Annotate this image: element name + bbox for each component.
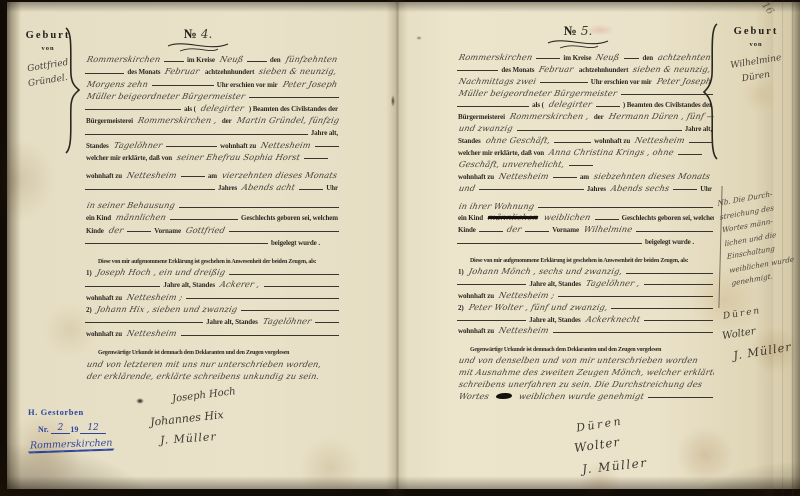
printed-form-text: Kinde <box>456 226 478 234</box>
form-line: als (delegirter) Beamten des Civilstande… <box>456 98 714 110</box>
printed-form-text: wohnhaft zu <box>84 294 124 302</box>
printed-form-text: als ( <box>182 105 198 113</box>
form-line: KindederVornameGottfried <box>84 222 340 234</box>
printed-form-text: den <box>640 54 655 62</box>
blank-rule <box>689 142 713 143</box>
blank-rule <box>457 106 529 107</box>
printed-form-text: Uhr <box>324 184 340 192</box>
form-line: Jahre alt, StandesTagelöhner , <box>456 276 714 288</box>
form-line: welcher mir erklärte, daß vonAnna Christ… <box>456 145 714 157</box>
handwritten-entry: Johann Hix , sieben und zwanzig <box>93 304 241 314</box>
number-value: 4. <box>198 27 212 41</box>
stamp-title: H. Gestorben <box>28 407 114 417</box>
handwritten-entry: Rommerskirchen <box>456 52 536 62</box>
handwritten-entry: Neuß <box>592 52 624 62</box>
blank-rule <box>626 273 713 274</box>
printed-form-text: wohnhaft zu <box>84 172 124 180</box>
printed-form-text: Jahre alt, <box>309 129 340 137</box>
printed-form-text: Vorname <box>152 227 183 235</box>
form-line: welcher mir erklärte, daß vonseiner Ehef… <box>84 150 340 162</box>
printed-form-text: beigelegt wurde . <box>643 238 696 246</box>
handwritten-entry: Wilhelmine <box>580 224 637 234</box>
handwritten-entry: ohne Geschäft, <box>482 135 555 145</box>
handwritten-entry: der <box>105 225 128 235</box>
handwritten-entry: Rommerskirchen <box>84 54 164 64</box>
printed-form-text: im Kreise <box>561 54 593 62</box>
blank-rule <box>85 286 160 287</box>
form-line: Nachmittags zweiUhr erschien vor mirPete… <box>456 74 714 86</box>
struck-out-word: männlichen <box>484 212 542 222</box>
blank-rule <box>569 165 593 166</box>
handwritten-entry: Tagelöhner <box>259 316 315 326</box>
blank-rule <box>517 130 682 131</box>
blank-rule <box>299 189 323 190</box>
blank-rule <box>315 322 339 323</box>
printed-form-text: als ( <box>530 101 546 109</box>
printed-form-text: am <box>206 172 219 180</box>
printed-form-text: Standes <box>456 137 483 145</box>
printed-form-text: achtzehnhundert <box>203 68 256 76</box>
blank-rule <box>611 308 713 309</box>
blank-rule <box>304 158 328 159</box>
blank-rule <box>179 207 339 208</box>
printed-form-text: Jahre alt, Standes <box>161 281 217 289</box>
handwritten-entry: achtzehnten <box>654 52 714 62</box>
handwritten-entry: weiblichen <box>540 212 595 222</box>
stamp-number-row: Nr. 2 19 12 <box>38 423 114 434</box>
blank-rule <box>553 177 577 178</box>
blank-rule <box>554 142 591 143</box>
blank-rule <box>85 322 203 323</box>
right-form-body: Rommerskirchenim KreiseNeußdenachtzehnte… <box>456 50 714 401</box>
printed-form-text: Diese von mir aufgenommene Erklärung ist… <box>96 259 318 265</box>
stamp-year-prefix: 19 <box>70 425 80 434</box>
form-line: 2)Peter Wolter , fünf und zwanzig, <box>456 300 714 312</box>
printed-form-text: Bürgermeisterei <box>84 117 135 125</box>
handwritten-entry: Abends acht <box>238 182 299 192</box>
handwritten-entry: sieben & neunzig, <box>629 64 714 74</box>
form-line: ein KindmännlichenGeschlechts geboren se… <box>84 210 340 222</box>
blank-rule <box>229 274 339 275</box>
number-sign: № <box>184 26 198 41</box>
handwritten-entry: männlichen <box>112 212 170 222</box>
blank-rule <box>538 207 713 208</box>
blank-rule <box>540 82 588 83</box>
form-line: Müller beigeordneter Bürgermeister <box>456 86 714 98</box>
death-reference-stamp: H. Gestorben Nr. 2 19 12 Rommerskirchen <box>28 407 114 452</box>
handwritten-entry: Ackerer , <box>216 279 264 289</box>
form-line: Rommerskirchenim KreiseNeußdenachtzehnte… <box>456 50 714 62</box>
printed-form-text: welcher mir erklärte, daß von <box>84 154 174 162</box>
form-line: Jahre alt, StandesTagelöhner <box>84 314 340 326</box>
form-line: Jahre alt, StandesAckerknecht <box>456 312 714 324</box>
handwritten-entry: der <box>503 224 526 234</box>
handwritten-entry: Neuß <box>216 54 248 64</box>
handwritten-entry: Februar <box>161 66 204 76</box>
form-line: in ihrer Wohnung <box>456 199 714 211</box>
printed-form-text: ) Beamten des Civilstandes der <box>621 101 714 109</box>
form-line: Standesohne Geschäft,wohnhaft zuNetteshe… <box>456 133 714 145</box>
stamp-place: Rommerskirchen <box>28 437 115 452</box>
margin-title: Geburt <box>723 26 789 37</box>
printed-form-text: Jahre alt, Standes <box>527 280 583 288</box>
blank-rule <box>85 109 181 110</box>
printed-form-text: Uhr erschien vor mir <box>215 81 280 89</box>
blank-rule <box>595 219 619 220</box>
printed-form-text: beigelegt wurde . <box>269 239 322 247</box>
form-line: 2)Johann Hix , sieben und zwanzig <box>84 302 340 314</box>
handwritten-entry: in seiner Behausung <box>84 200 179 210</box>
form-line: schreibens unerfahren zu sein. Die Durch… <box>456 377 714 389</box>
blank-rule <box>648 397 713 398</box>
form-line: beigelegt wurde . <box>456 234 714 246</box>
printed-form-text: wohnhaft zu <box>456 292 496 300</box>
blank-rule <box>553 332 713 333</box>
blank-rule <box>479 231 503 232</box>
form-line: wohnhaft zuNettesheimamsiebzehnten diese… <box>456 169 714 181</box>
form-line: BürgermeistereiRommerskirchen ,derMartin… <box>84 113 340 125</box>
printed-form-text: Jahre alt, <box>683 125 714 133</box>
form-line: Diese von mir aufgenommene Erklärung ist… <box>84 253 340 265</box>
blank-rule <box>249 97 339 98</box>
right-signatures: DürenWolterJ. Müller <box>566 418 696 492</box>
form-line: in seiner Behausung <box>84 198 340 210</box>
form-line: als (delegirter) Beamten des Civilstande… <box>84 101 340 113</box>
handwritten-entry: Johann Mönch , sechs und zwanzig, <box>465 266 627 276</box>
signature: Wolter <box>573 435 621 455</box>
blank-rule <box>457 284 526 285</box>
printed-form-text: ) Beamten des Civilstandes der <box>247 105 340 113</box>
form-line: Wortesweiblichen wurde genehmigt <box>456 389 714 401</box>
form-line: wohnhaft zuNettesheim ; <box>456 288 714 300</box>
printed-form-text: des Monats <box>499 66 536 74</box>
handwritten-entry: Rommerskirchen , <box>134 115 221 125</box>
printed-form-text: Gegenwärtige Urkunde ist demnach dem Dek… <box>468 347 663 353</box>
form-line: Geschäft, unverehelicht, <box>456 157 714 169</box>
form-line: wohnhaft zuNettesheim <box>84 326 340 338</box>
blank-rule <box>644 320 713 321</box>
printed-form-text: Jahres <box>216 184 239 192</box>
printed-form-text: wohnhaft zu <box>456 327 496 335</box>
printed-form-text: der <box>592 113 606 121</box>
printed-form-text: wohnhaft zu <box>592 137 632 145</box>
printed-form-text: Uhr <box>698 185 714 193</box>
handwritten-entry: seiner Ehefrau Sophia Horst <box>173 152 304 162</box>
blank-rule <box>85 189 215 190</box>
handwritten-entry: delegirter <box>197 103 248 113</box>
number-sign: № <box>564 23 578 38</box>
printed-form-text: wohnhaft zu <box>218 142 258 150</box>
form-line: und von denselben und von mir unterschri… <box>456 353 714 365</box>
form-line: mit Ausnahme des zweiten Zeugen Mönch, w… <box>456 365 714 377</box>
blank-rule <box>85 73 124 74</box>
handwritten-entry: Nettesheim <box>257 140 315 150</box>
form-line: JahresAbends achtUhr <box>84 180 340 192</box>
printed-form-text: Jahres <box>585 185 608 193</box>
handwritten-entry: Anna Christina Krings , ohne <box>545 147 678 157</box>
handwritten-entry: Ackerknecht <box>582 314 644 324</box>
printed-form-text: achtzehnhundert <box>577 66 630 74</box>
right-margin-label: Geburt von WilhelmineDüren <box>723 26 789 85</box>
handwritten-entry: Geschäft, unverehelicht, <box>456 159 569 169</box>
printed-form-text: Jahre alt, Standes <box>204 318 260 326</box>
stamp-nr-label: Nr. <box>38 425 51 434</box>
blank-rule <box>596 106 620 107</box>
blank-rule <box>678 154 702 155</box>
form-line: wohnhaft zuNettesheim ; <box>84 289 340 301</box>
form-line: undJahresAbends sechsUhr <box>456 181 714 193</box>
blank-rule <box>673 189 697 190</box>
handwritten-entry: Peter Wolter , fünf und zwanzig, <box>465 302 612 312</box>
blank-rule <box>186 298 339 299</box>
form-line: Gegenwärtige Urkunde ist demnach dem Dek… <box>456 341 714 353</box>
signature: Johannes Hix <box>150 408 225 429</box>
form-line: 1)Joseph Hoch , ein und dreißig <box>84 265 340 277</box>
handwritten-entry: Morgens zehn <box>84 79 152 89</box>
record-number-left: №4. <box>166 25 230 55</box>
stamp-nr-value: 2 <box>51 423 71 434</box>
margin-von: von <box>723 41 789 48</box>
blank-rule <box>536 58 560 59</box>
form-line: der erklärende, erklärte schreibens unku… <box>84 369 340 381</box>
printed-form-text: Uhr erschien vor mir <box>589 78 654 86</box>
form-line: des MonatsFebruarachtzehnhundertsieben &… <box>84 64 340 76</box>
margin-note: Nb. Die Durch-streichung desWortes männ-… <box>716 184 800 290</box>
handwritten-entry: sieben & neunzig, <box>255 66 340 76</box>
blank-rule <box>457 243 642 244</box>
blank-rule <box>229 231 339 232</box>
blank-rule <box>127 231 151 232</box>
handwritten-entry: in ihrer Wohnung <box>456 201 538 211</box>
blank-rule <box>241 310 339 311</box>
handwritten-entry: Gottfried <box>182 225 229 235</box>
left-form-body: Rommerskirchenim KreiseNeußdenfünfzehnte… <box>84 52 340 381</box>
record-number-right: №5. <box>546 22 610 52</box>
printed-form-text: Geschlechts geboren sei, welchem <box>239 214 340 222</box>
blank-rule <box>457 70 498 71</box>
signature: J. Müller <box>160 430 217 447</box>
blank-rule <box>181 176 205 177</box>
signature: J. Müller <box>581 456 648 477</box>
blank-rule <box>85 134 308 135</box>
printed-form-text: Standes <box>84 142 111 150</box>
printed-form-text: Bürgermeisterei <box>456 113 507 121</box>
handwritten-entry: Nettesheim <box>631 135 689 145</box>
form-line: Rommerskirchenim KreiseNeußdenfünfzehnte… <box>84 52 340 64</box>
form-line: 1)Johann Mönch , sechs und zwanzig, <box>456 264 714 276</box>
handwritten-entry: fünfzehnten <box>281 54 340 64</box>
form-line: wohnhaft zuNettesheimamvierzehnten diese… <box>84 168 340 180</box>
handwritten-entry: und <box>456 183 479 193</box>
handwritten-entry: Müller beigeordneter Bürgermeister <box>456 88 621 98</box>
handwritten-entry: Wortes <box>456 391 493 401</box>
handwritten-entry: Martin Gründel, fünfzig <box>233 115 340 125</box>
handwritten-entry: Nettesheim ; <box>495 290 559 300</box>
handwritten-entry: Nettesheim <box>495 171 553 181</box>
form-line: Morgens zehnUhr erschien vor mirPeter Jo… <box>84 76 340 88</box>
printed-form-text: am <box>578 173 591 181</box>
form-line: und von letzteren mit uns nur unterschri… <box>84 356 340 368</box>
handwritten-entry: Peter Joseph <box>653 76 714 86</box>
form-line: Gegenwärtige Urkunde ist demnach dem Dek… <box>84 344 340 356</box>
blank-rule <box>264 286 339 287</box>
form-line: Müller beigeordneter Bürgermeister <box>84 89 340 101</box>
handwritten-entry: Nachmittags zwei <box>456 76 540 86</box>
blank-rule <box>624 58 640 59</box>
handwritten-entry: schreibens unerfahren zu sein. Die Durch… <box>456 379 706 389</box>
form-line: Jahre alt, StandesAckerer , <box>84 277 340 289</box>
printed-form-text: des Monats <box>125 68 162 76</box>
handwritten-entry: vierzehnten dieses Monats und <box>218 170 340 180</box>
form-line: ein KindmännlichenweiblichenGeschlechts … <box>456 211 714 223</box>
handwritten-entry: Nettesheim <box>123 170 181 180</box>
printed-form-text: Kinde <box>84 227 106 235</box>
blank-rule <box>479 189 583 190</box>
form-line: Jahre alt, <box>84 125 340 137</box>
handwritten-entry: Februar <box>535 64 578 74</box>
printed-form-text: der <box>220 117 234 125</box>
printed-form-text: Vorname <box>550 226 581 234</box>
handwritten-entry: Tagelöhner <box>110 140 166 150</box>
form-line: und zwanzigJahre alt, <box>456 121 714 133</box>
blank-rule <box>315 146 339 147</box>
handwritten-entry: Hermann Düren , fünf — <box>605 111 714 121</box>
handwritten-entry: und von denselben und von mir unterschri… <box>456 355 702 365</box>
blank-rule <box>181 335 339 336</box>
blank-rule <box>525 231 549 232</box>
left-signatures: Joseph HochJohannes HixJ. Müller <box>148 390 268 462</box>
handwritten-entry: Rommerskirchen , <box>506 111 593 121</box>
printed-form-text: Gegenwärtige Urkunde ist demnach dem Dek… <box>96 350 291 356</box>
handwritten-entry: und zwanzig <box>456 123 517 133</box>
form-line: Diese von mir aufgenommene Erklärung ist… <box>456 252 714 264</box>
handwritten-entry: und von letzteren mit uns nur unterschri… <box>84 359 325 369</box>
handwritten-entry: siebzehnten dieses Monats <box>590 171 714 181</box>
form-line: StandesTagelöhnerwohnhaft zuNettesheim <box>84 137 340 149</box>
signature: Düren <box>575 414 624 434</box>
handwritten-entry: Müller beigeordneter Bürgermeister <box>84 91 249 101</box>
blank-rule <box>636 231 713 232</box>
stamp-year-value: 12 <box>80 423 105 434</box>
blank-rule <box>152 85 214 86</box>
handwritten-entry: Joseph Hoch , ein und dreißig <box>93 267 229 277</box>
blank-rule <box>170 219 238 220</box>
handwritten-entry: Nettesheim <box>495 325 553 335</box>
printed-form-text: den <box>268 56 283 64</box>
number-value: 5. <box>578 24 592 38</box>
form-line: BürgermeistereiRommerskirchen ,derHerman… <box>456 109 714 121</box>
handwritten-entry: Abends sechs <box>607 183 674 193</box>
blank-rule <box>85 243 268 244</box>
blank-rule <box>457 320 526 321</box>
handwritten-entry: Tagelöhner , <box>582 278 644 288</box>
margin-brace <box>63 27 80 154</box>
printed-form-text: ein Kind <box>456 214 485 222</box>
handwritten-entry: delegirter <box>545 99 596 109</box>
handwritten-entry: der erklärende, erklärte schreibens unku… <box>84 371 323 381</box>
printed-form-text: wohnhaft zu <box>456 173 496 181</box>
form-line: beigelegt wurde . <box>84 235 340 247</box>
blank-rule <box>247 61 267 62</box>
blank-rule <box>644 284 713 285</box>
printed-form-text: welcher mir erklärte, daß von <box>456 149 546 157</box>
printed-form-text: wohnhaft zu <box>84 330 124 338</box>
form-line: KindederVornameWilhelmine <box>456 222 714 234</box>
margin-name: WilhelmineDüren <box>723 55 789 85</box>
printed-form-text: Jahre alt, Standes <box>527 316 583 324</box>
printed-form-text: ein Kind <box>84 214 113 222</box>
printed-form-text: im Kreise <box>185 56 217 64</box>
printed-form-text: Diese von mir aufgenommene Erklärung ist… <box>468 258 690 264</box>
handwritten-entry: weiblichen wurde genehmigt <box>515 391 648 401</box>
handwritten-entry: mit Ausnahme des zweiten Zeugen Mönch, w… <box>456 367 714 377</box>
form-line: wohnhaft zuNettesheim <box>456 324 714 336</box>
handwritten-entry: Nettesheim ; <box>123 292 187 302</box>
handwritten-entry: Peter Joseph <box>279 79 340 89</box>
blank-rule <box>558 296 713 297</box>
printed-form-text: Geschlechts geboren sei, welchem <box>620 214 714 222</box>
ink-blot <box>496 393 512 399</box>
blank-rule <box>164 61 184 62</box>
handwritten-entry: Nettesheim <box>123 328 181 338</box>
blank-rule <box>166 146 217 147</box>
form-line: des MonatsFebruarachtzehnhundertsieben &… <box>456 62 714 74</box>
blank-rule <box>621 94 713 95</box>
